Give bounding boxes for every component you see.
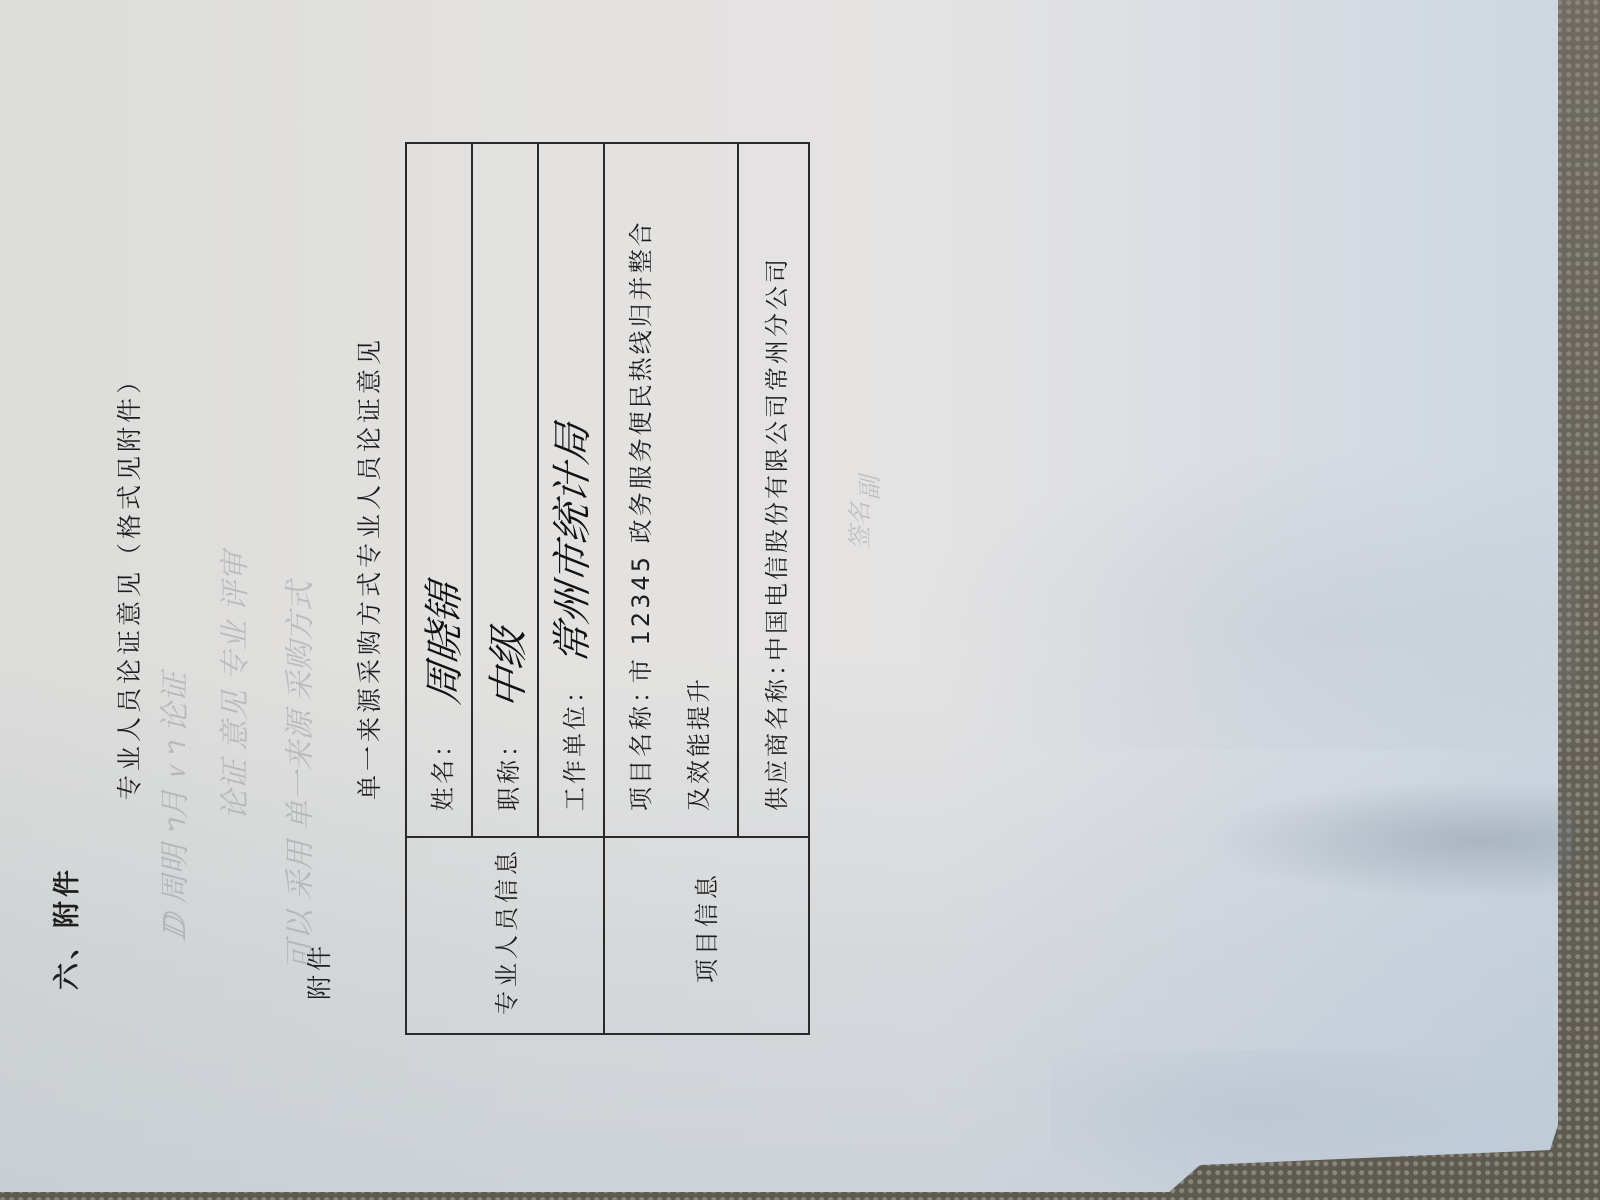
bleed-through-handwriting: 论证 意见 专业 评审 (210, 551, 254, 820)
bleed-through-handwriting: 可以 采用 单一来源 采购方式 (275, 581, 319, 970)
attachment-label: 附件 (300, 942, 336, 1000)
attachment-line: 专业人员论证意见（格式见附件） (110, 365, 146, 800)
section-heading: 六、附件 (45, 866, 84, 990)
field-workunit-label: 工作单位： (555, 676, 590, 811)
column-divider (407, 836, 808, 838)
bleed-through-handwriting: ⅅ 周明 ᥐ月 ᥎ ᥐ 论证 (150, 673, 194, 940)
field-project-name-continuation: 及效能提升 (679, 676, 714, 811)
rotated-document-page: ⅅ 周明 ᥐ月 ᥎ ᥐ 论证 论证 意见 专业 评审 可以 采用 单一来源 采购… (0, 0, 1600, 1200)
section-label-project: 项目信息 (687, 871, 722, 983)
opinion-form-table: 专业人员信息 项目信息 姓名： 周晓锦 职称： 中级 工作单位： 常州市统计局 … (405, 142, 810, 1035)
field-project-name-label: 项目名称： (621, 676, 656, 811)
field-project-name-value: 市 12345 政务服务便民热线归并整合 (621, 219, 656, 683)
row-divider (471, 144, 473, 838)
row-divider (737, 144, 739, 838)
row-divider (537, 144, 539, 838)
form-title: 单一来源采购方式专业人员论证意见 (350, 336, 386, 800)
field-supplier-value: 中国电信股份有限公司常州分公司 (757, 256, 792, 661)
field-name-label: 姓名： (423, 730, 458, 811)
section-divider (603, 144, 605, 1033)
field-title-value: 中级 (477, 624, 534, 712)
section-label-personnel: 专业人员信息 (487, 847, 522, 1015)
field-name-value: 周晓锦 (413, 579, 470, 707)
pencil-note: 副 (850, 476, 885, 500)
paper-sheet: ⅅ 周明 ᥐ月 ᥎ ᥐ 论证 论证 意见 专业 评审 可以 采用 单一来源 采购… (0, 0, 1558, 1192)
field-title-label: 职称： (489, 730, 524, 811)
pencil-note: 签名 (840, 502, 875, 550)
field-workunit-value: 常州市统计局 (541, 419, 598, 667)
field-supplier-label: 供应商名称： (757, 649, 792, 811)
